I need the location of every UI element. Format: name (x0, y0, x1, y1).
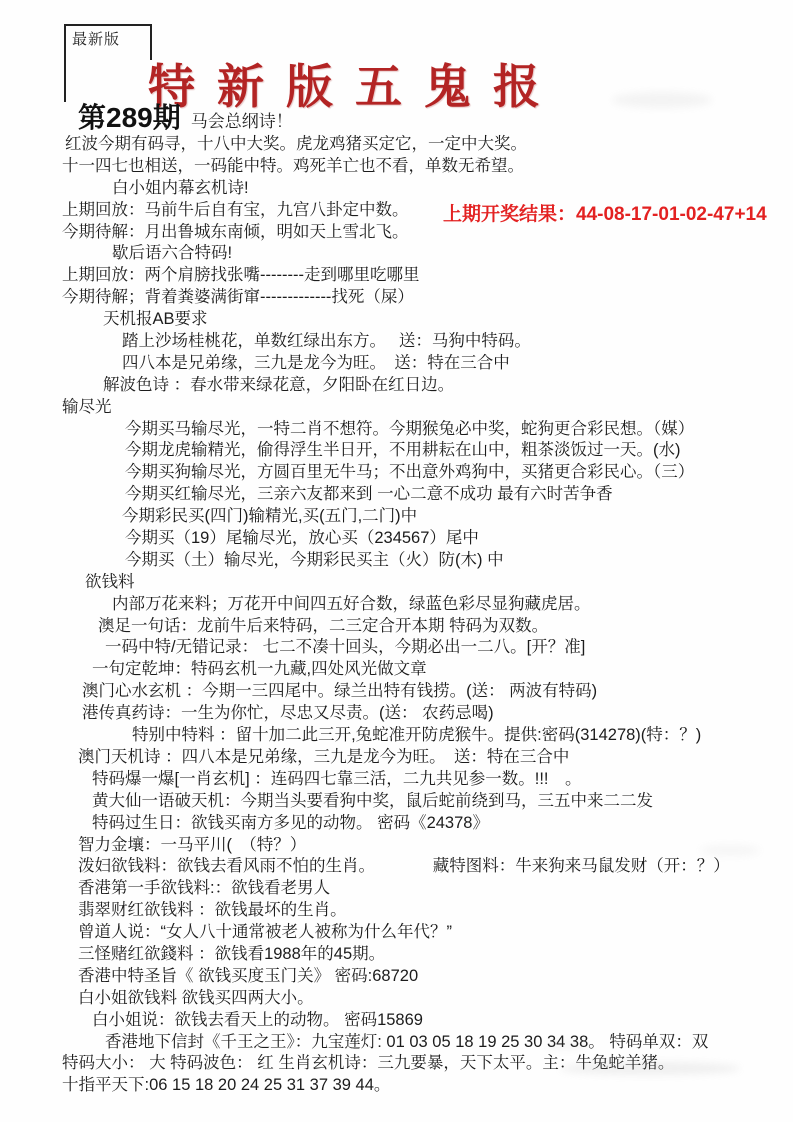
issue-row: 第289期马会总纲诗！ (78, 96, 293, 136)
text-line: 输尽光 (0, 397, 793, 419)
text-line: 上期回放：马前牛后自有宝，九宫八卦定中数。 (0, 200, 793, 222)
text-line: 天机报AB要求 (0, 309, 793, 331)
text-line: 四八本是兄弟缘，三九是龙今为旺。 送：特在三合中 (0, 353, 793, 375)
text-line: 今期待解：月出鲁城东南倾，明如天上雪北飞。 (0, 222, 793, 244)
print-smudge (700, 845, 760, 856)
text-line: 港传真药诗：一生为你忙，尽忠又尽责。(送： 农药忌喝) (0, 703, 793, 725)
text-line: 红波今期有码寻，十八中大奖。虎龙鸡猪买定它，一定中大奖。 (0, 134, 793, 156)
text-line: 黄大仙一语破天机：今期当头要看狗中奖，鼠后蛇前绕到马，三五中来二二发 (0, 791, 793, 813)
text-line: 今期买红输尽光，三亲六友都来到 一心二意不成功 最有六时苦争香 (0, 484, 793, 506)
text-line: 特别中特料 ：留十加二此三开,兔蛇准开防虎猴牛。提供:密码(314278)(特：… (0, 725, 793, 747)
text-line: 今期买马输尽光，一特二肖不想符。今期猴兔必中奖，蛇狗更合彩民想。（媒） (0, 419, 793, 441)
text-line: 今期买（土）输尽光，今期彩民买主（火）防(木) 中 (0, 550, 793, 572)
text-line: 三怪赌红欲錢料 ：欲钱看1988年的45期。 (0, 944, 793, 966)
text-line: 欲钱料 (0, 572, 793, 594)
text-line: 歇后语六合特码! (0, 243, 793, 265)
text-line: 上期回放：两个肩膀找张嘴--------走到哪里吃哪里 (0, 265, 793, 287)
text-line: 香港地下信封《千王之王》：九宝莲灯: 01 03 05 18 19 25 30 … (0, 1032, 793, 1054)
text-line: 白小姐说：欲钱去看天上的动物。 密码15869 (0, 1010, 793, 1032)
text-line: 泼妇欲钱料：欲钱去看风雨不怕的生肖。 藏特图料：牛来狗来马鼠发财（开：？） (0, 856, 793, 878)
issue-number: 第289期 (78, 102, 181, 133)
text-line: 翡翠财红欲钱料 ：欲钱最坏的生肖。 (0, 900, 793, 922)
text-line: 香港第一手欲钱料:：欲钱看老男人 (0, 878, 793, 900)
text-line: 十指平天下:06 15 18 20 24 25 31 37 39 44。 (0, 1075, 793, 1097)
text-line: 一句定乾坤：特码玄机一九藏,四处风光做文章 (0, 659, 793, 681)
text-line: 内部万花来料；万花开中间四五好合数，绿蓝色彩尽显狗藏虎居。 (0, 594, 793, 616)
text-line: 白小姐欲钱料 欲钱买四两大小。 (0, 988, 793, 1010)
text-line: 今期买（19）尾输尽光，放心买（234567）尾中 (0, 528, 793, 550)
issue-subtitle: 马会总纲诗！ (191, 112, 293, 131)
text-line: 智力金壤：一马平川( （特？） (0, 835, 793, 857)
edition-badge-border-extension (64, 58, 66, 102)
text-line: 十一四七也相送，一码能中特。鸡死羊亡也不看，单数无希望。 (0, 156, 793, 178)
print-smudge (560, 1062, 740, 1075)
text-line: 今期龙虎输精光，偷得浮生半日开，不用耕耘在山中，粗茶淡饭过一天。(水) (0, 440, 793, 462)
text-line: 今期彩民买(四门)输精光,买(五门,二门)中 (0, 506, 793, 528)
print-smudge (545, 1040, 585, 1050)
text-line: 白小姐内幕玄机诗! (0, 178, 793, 200)
edition-badge-label: 最新版 (72, 28, 120, 49)
text-line: 踏上沙场桂桃花，单数红绿出东方。 送：马狗中特码。 (0, 331, 793, 353)
text-line: 一码中特/无错记录： 七二不凑十回头，今期必出一二八。[开？准] (0, 637, 793, 659)
body-lines: 红波今期有码寻，十八中大奖。虎龙鸡猪买定它，一定中大奖。十一四七也相送，一码能中… (0, 134, 793, 1097)
lottery-tip-sheet: 最新版 特新版五鬼报 第289期马会总纲诗！ 上期开奖结果：44-08-17-0… (0, 0, 793, 1122)
text-line: 特码过生日：欲钱买南方多见的动物。 密码《24378》 (0, 813, 793, 835)
text-line: 解波色诗 ：春水带来绿花意，夕阳卧在红日边。 (0, 375, 793, 397)
text-line: 香港中特圣旨《 欲钱买度玉门关》 密码:68720 (0, 966, 793, 988)
text-line: 特码爆一爆[一肖玄机] ：连码四七靠三活，二九共见参一数。!!! 。 (0, 769, 793, 791)
print-smudge (612, 92, 712, 108)
text-line: 曾道人说：“女人八十通常被老人被称为什么年代？” (0, 922, 793, 944)
text-line: 今期买狗输尽光，方圆百里无牛马；不出意外鸡狗中，买猪更合彩民心。（三） (0, 462, 793, 484)
text-line: 澳门天机诗 ：四八本是兄弟缘，三九是龙今为旺。 送：特在三合中 (0, 747, 793, 769)
text-line: 澳足一句话：龙前牛后来特码，二三定合开本期 特码为双数。 (0, 616, 793, 638)
text-line: 今期待解；背着粪婆满街窜-------------找死（屎） (0, 287, 793, 309)
text-line: 澳门心水玄机 ：今期一三四尾中。绿兰出特有钱捞。(送： 两波有特码) (0, 681, 793, 703)
